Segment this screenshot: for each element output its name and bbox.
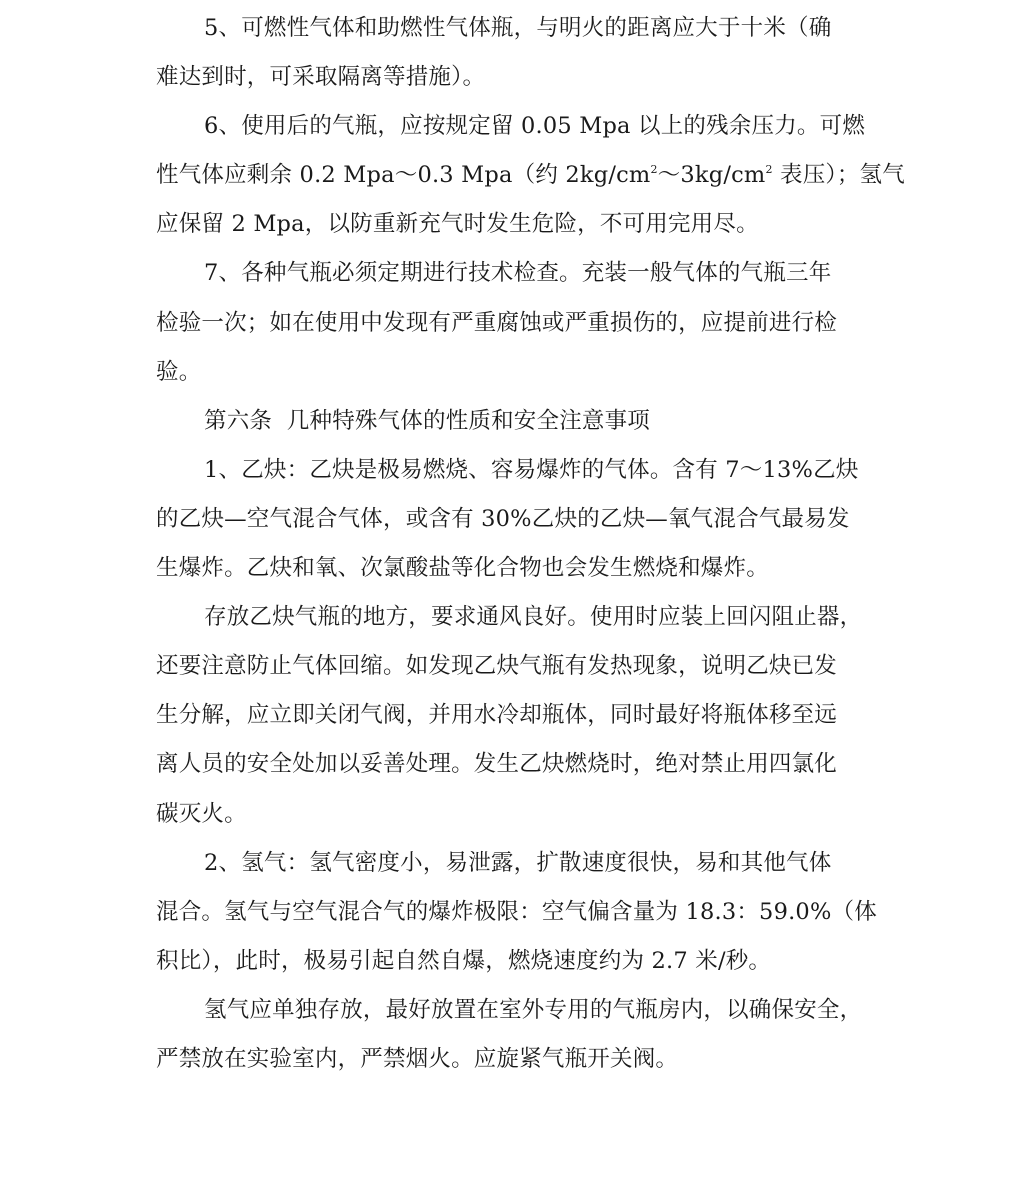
text-line: 积比），此时，极易引起自然自爆，燃烧速度约为 2.7 米/秒。	[156, 939, 876, 988]
heading-text: 第六条 几种特殊气体的性质和安全注意事项	[156, 399, 876, 448]
text-line: 的乙炔—空气混合气体，或含有 30%乙炔的乙炔—氧气混合气最易发	[156, 497, 876, 546]
text-line: 难达到时，可采取隔离等措施）。	[156, 55, 876, 104]
text-line: 还要注意防止气体回缩。如发现乙炔气瓶有发热现象，说明乙炔已发	[156, 644, 876, 693]
document-page: 5、可燃性气体和助燃性气体瓶，与明火的距离应大于十米（确 难达到时，可采取隔离等…	[156, 6, 876, 1086]
paragraph-item-6: 6、使用后的气瓶，应按规定留 0.05 Mpa 以上的残余压力。可燃 性气体应剩…	[156, 104, 876, 251]
text-segment: ～3kg/cm	[658, 162, 766, 188]
text-segment: 表压）；氢气	[773, 162, 905, 188]
text-line: 生分解，应立即关闭气阀，并用水冷却瓶体，同时最好将瓶体移至远	[156, 693, 876, 742]
text-line: 1、乙炔：乙炔是极易燃烧、容易爆炸的气体。含有 7～13%乙炔	[156, 448, 876, 497]
superscript: 2	[650, 163, 657, 176]
text-line: 离人员的安全处加以妥善处理。发生乙炔燃烧时，绝对禁止用四氯化	[156, 742, 876, 791]
text-line: 性气体应剩余 0.2 Mpa～0.3 Mpa（约 2kg/cm2～3kg/cm2…	[156, 153, 876, 202]
text-line: 应保留 2 Mpa，以防重新充气时发生危险，不可用完用尽。	[156, 202, 876, 251]
text-line: 检验一次；如在使用中发现有严重腐蚀或严重损伤的，应提前进行检	[156, 301, 876, 350]
paragraph-acetylene: 1、乙炔：乙炔是极易燃烧、容易爆炸的气体。含有 7～13%乙炔 的乙炔—空气混合…	[156, 448, 876, 595]
superscript: 2	[765, 163, 772, 176]
text-line: 7、各种气瓶必须定期进行技术检查。充装一般气体的气瓶三年	[156, 251, 876, 300]
text-segment: 性气体应剩余 0.2 Mpa～0.3 Mpa（约 2kg/cm	[156, 162, 650, 188]
text-line: 生爆炸。乙炔和氧、次氯酸盐等化合物也会发生燃烧和爆炸。	[156, 546, 876, 595]
text-line: 混合。氢气与空气混合气的爆炸极限：空气偏含量为 18.3：59.0%（体	[156, 890, 876, 939]
text-line: 碳灭火。	[156, 792, 876, 841]
text-line: 2、氢气：氢气密度小，易泄露，扩散速度很快，易和其他气体	[156, 841, 876, 890]
text-line: 严禁放在实验室内，严禁烟火。应旋紧气瓶开关阀。	[156, 1037, 876, 1086]
text-line: 6、使用后的气瓶，应按规定留 0.05 Mpa 以上的残余压力。可燃	[156, 104, 876, 153]
paragraph-hydrogen-storage: 氢气应单独存放，最好放置在室外专用的气瓶房内，以确保安全， 严禁放在实验室内，严…	[156, 988, 876, 1086]
paragraph-acetylene-storage: 存放乙炔气瓶的地方，要求通风良好。使用时应装上回闪阻止器， 还要注意防止气体回缩…	[156, 595, 876, 840]
text-line: 存放乙炔气瓶的地方，要求通风良好。使用时应装上回闪阻止器，	[156, 595, 876, 644]
section-heading: 第六条 几种特殊气体的性质和安全注意事项	[156, 399, 876, 448]
text-line: 氢气应单独存放，最好放置在室外专用的气瓶房内，以确保安全，	[156, 988, 876, 1037]
paragraph-item-7: 7、各种气瓶必须定期进行技术检查。充装一般气体的气瓶三年 检验一次；如在使用中发…	[156, 251, 876, 398]
paragraph-hydrogen: 2、氢气：氢气密度小，易泄露，扩散速度很快，易和其他气体 混合。氢气与空气混合气…	[156, 841, 876, 988]
text-line: 验。	[156, 350, 876, 399]
text-line: 5、可燃性气体和助燃性气体瓶，与明火的距离应大于十米（确	[156, 6, 876, 55]
paragraph-item-5: 5、可燃性气体和助燃性气体瓶，与明火的距离应大于十米（确 难达到时，可采取隔离等…	[156, 6, 876, 104]
